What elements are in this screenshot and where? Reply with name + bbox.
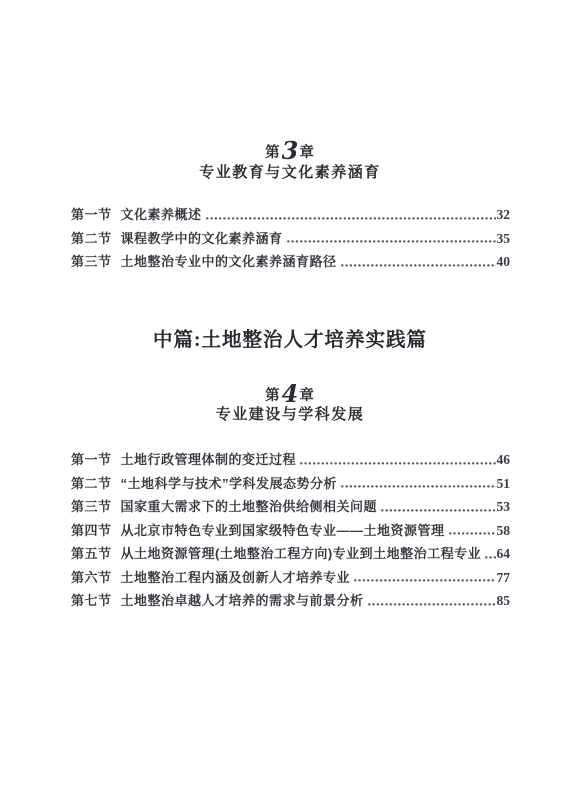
toc-entry-title: 土地整治卓越人才培养的需求与前景分析 bbox=[121, 589, 364, 613]
toc-entry: 第六节 土地整治工程内涵及创新人才培养专业 77 bbox=[71, 566, 510, 590]
chapter4-label-prefix: 第 bbox=[265, 388, 281, 404]
toc-page-number: 64 bbox=[497, 542, 511, 566]
chapter3-heading: 第3章 bbox=[0, 138, 580, 166]
dot-leader bbox=[287, 240, 496, 243]
toc-page-number: 58 bbox=[497, 519, 511, 543]
toc-page-number: 77 bbox=[497, 566, 511, 590]
toc-entry: 第三节 土地整治专业中的文化素养涵育路径 40 bbox=[71, 250, 510, 274]
toc-entry-title: 文化素养概述 bbox=[121, 203, 202, 227]
toc-section-label: 第一节 bbox=[71, 448, 112, 472]
toc-entry-title: 土地行政管理体制的变迁过程 bbox=[121, 448, 297, 472]
toc-entry-title: 从北京市特色专业到国家级特色专业——土地资源管理 bbox=[121, 519, 445, 543]
chapter3-label-suffix: 章 bbox=[299, 145, 315, 161]
toc-entry-title: 土地整治专业中的文化素养涵育路径 bbox=[121, 250, 337, 274]
toc-entry-title: “土地科学与技术”学科发展态势分析 bbox=[121, 472, 338, 496]
toc-section-label: 第二节 bbox=[71, 472, 112, 496]
toc-entry-title: 从土地资源管理(土地整治工程方向)专业到土地整治工程专业 bbox=[121, 542, 482, 566]
chapter4-toc: 第一节 土地行政管理体制的变迁过程 46 第二节 “土地科学与技术”学科发展态势… bbox=[71, 448, 510, 613]
toc-page-number: 51 bbox=[497, 472, 511, 496]
chapter3-number: 3 bbox=[281, 136, 300, 165]
part-heading: 中篇:土地整治人才培养实践篇 bbox=[0, 328, 580, 354]
toc-page-number: 40 bbox=[497, 250, 511, 274]
dot-leader bbox=[449, 532, 496, 535]
chapter3-toc: 第一节 文化素养概述 32 第二节 课程教学中的文化素养涵育 35 第三节 土地… bbox=[71, 203, 510, 274]
dot-leader bbox=[485, 556, 495, 559]
toc-page-number: 35 bbox=[497, 227, 511, 251]
dot-leader bbox=[300, 462, 495, 465]
chapter4-label-suffix: 章 bbox=[299, 388, 315, 404]
toc-entry-title: 课程教学中的文化素养涵育 bbox=[121, 227, 283, 251]
dot-leader bbox=[206, 217, 496, 220]
toc-page-number: 53 bbox=[497, 495, 511, 519]
toc-page-number: 32 bbox=[497, 203, 511, 227]
toc-page-number: 46 bbox=[497, 448, 511, 472]
dot-leader bbox=[354, 579, 495, 582]
book-toc-page: 第3章 专业教育与文化素养涵育 第一节 文化素养概述 32 第二节 课程教学中的… bbox=[0, 0, 580, 785]
toc-entry: 第四节 从北京市特色专业到国家级特色专业——土地资源管理 58 bbox=[71, 519, 510, 543]
toc-entry-title: 国家重大需求下的土地整治供给侧相关问题 bbox=[121, 495, 378, 519]
toc-section-label: 第六节 bbox=[71, 566, 112, 590]
toc-entry: 第七节 土地整治卓越人才培养的需求与前景分析 85 bbox=[71, 589, 510, 613]
chapter3-label-prefix: 第 bbox=[265, 145, 281, 161]
toc-section-label: 第四节 bbox=[71, 519, 112, 543]
dot-leader bbox=[381, 509, 495, 512]
toc-entry: 第二节 课程教学中的文化素养涵育 35 bbox=[71, 227, 510, 251]
toc-section-label: 第二节 bbox=[71, 227, 112, 251]
toc-section-label: 第三节 bbox=[71, 495, 112, 519]
toc-entry: 第一节 文化素养概述 32 bbox=[71, 203, 510, 227]
toc-entry: 第一节 土地行政管理体制的变迁过程 46 bbox=[71, 448, 510, 472]
toc-entry: 第三节 国家重大需求下的土地整治供给侧相关问题 53 bbox=[71, 495, 510, 519]
chapter4-title: 专业建设与学科发展 bbox=[0, 405, 580, 425]
toc-entry: 第五节 从土地资源管理(土地整治工程方向)专业到土地整治工程专业 64 bbox=[71, 542, 510, 566]
toc-page-number: 85 bbox=[497, 589, 511, 613]
toc-section-label: 第五节 bbox=[71, 542, 112, 566]
chapter3-title: 专业教育与文化素养涵育 bbox=[0, 163, 580, 183]
toc-entry-title: 土地整治工程内涵及创新人才培养专业 bbox=[121, 566, 351, 590]
toc-section-label: 第一节 bbox=[71, 203, 112, 227]
dot-leader bbox=[341, 264, 496, 267]
toc-section-label: 第三节 bbox=[71, 250, 112, 274]
toc-entry: 第二节 “土地科学与技术”学科发展态势分析 51 bbox=[71, 472, 510, 496]
dot-leader bbox=[368, 603, 496, 606]
toc-section-label: 第七节 bbox=[71, 589, 112, 613]
dot-leader bbox=[341, 485, 495, 488]
chapter4-number: 4 bbox=[281, 379, 300, 408]
